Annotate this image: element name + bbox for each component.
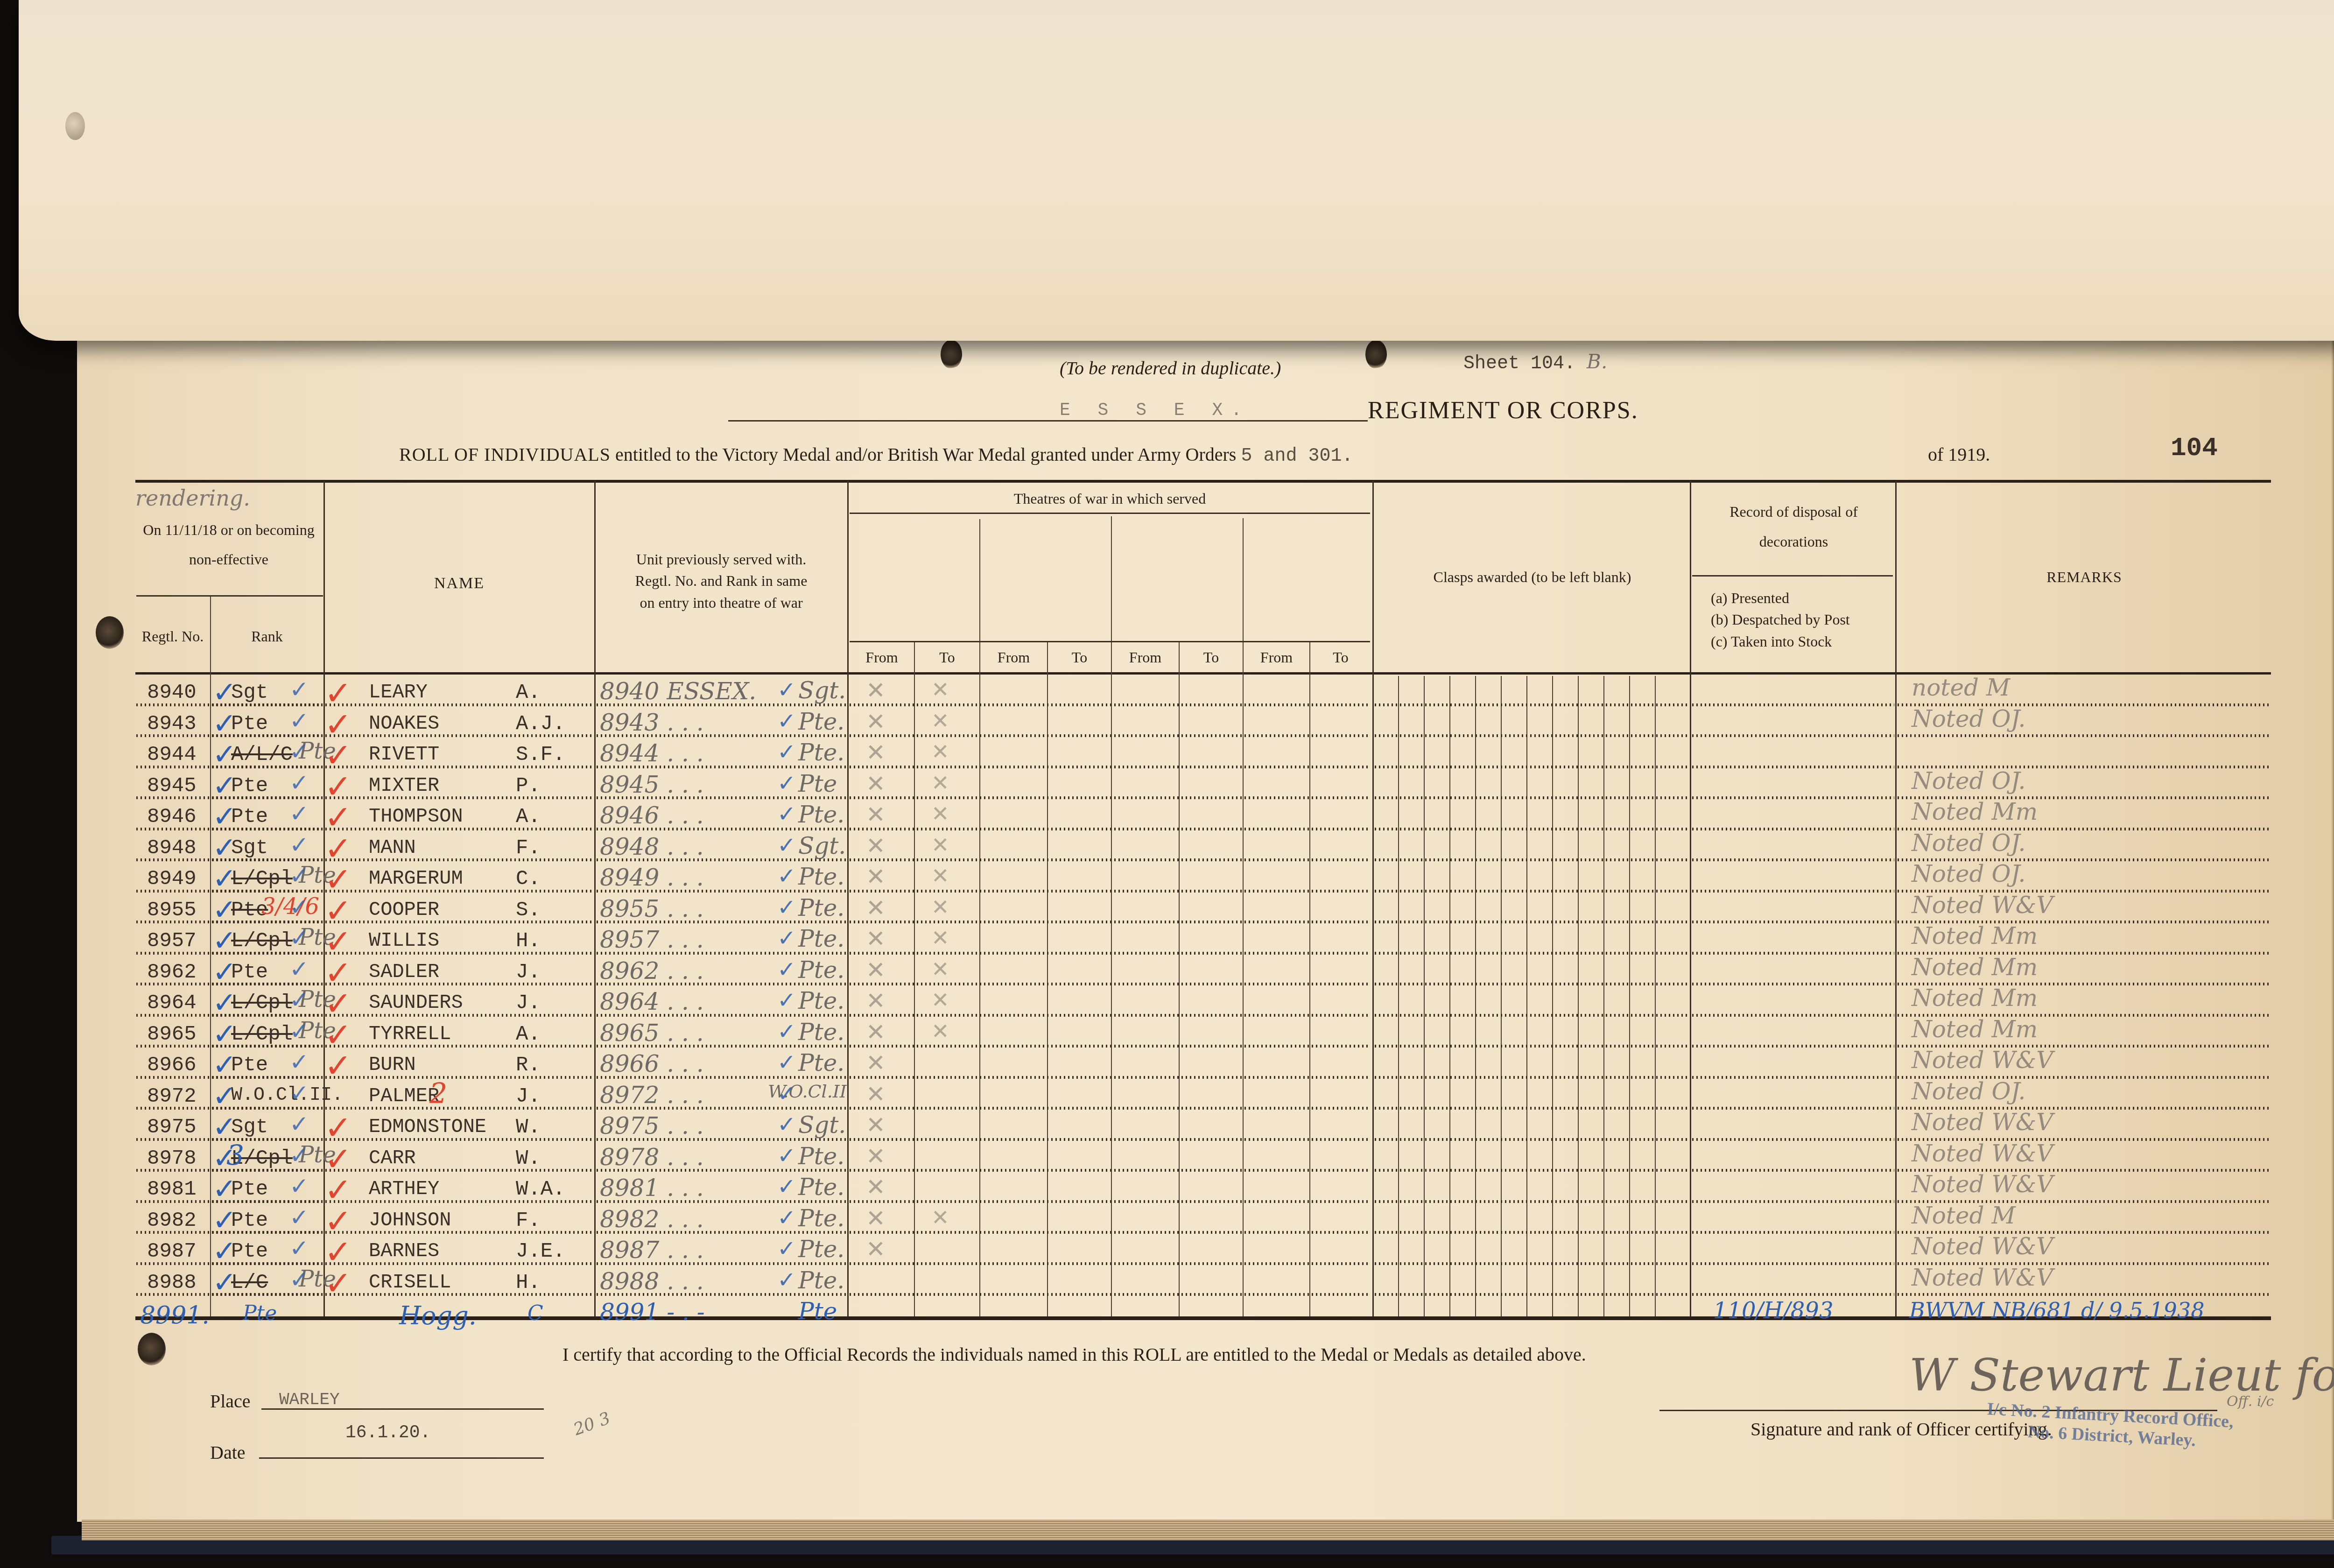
unit-entry: 8957 . . . [600, 928, 704, 951]
red-check-icon: ✓ [324, 1143, 352, 1175]
blue-check-icon: ✓ [212, 833, 237, 862]
initials: A.J. [516, 714, 565, 734]
red-check-icon: ✓ [324, 863, 352, 896]
remarks-entry: Noted W&V [1912, 1173, 2053, 1196]
header-to-4: To [1310, 647, 1371, 668]
header-from-3: From [1112, 647, 1179, 668]
unit-entry: 8946 . . . [600, 804, 704, 827]
blue-check-icon: ✓ [212, 1268, 237, 1297]
surname: BURN [369, 1055, 416, 1075]
header-from-2: From [980, 647, 1047, 668]
initials: A. [516, 807, 541, 827]
header-rank: Rank [211, 626, 323, 647]
sheet-number: Sheet 104. B. [1463, 350, 1607, 374]
regtl-no: 8978 [147, 1148, 197, 1169]
initials: S.F. [516, 745, 565, 765]
pencil-cross-icon: ✕ [866, 803, 886, 826]
blue-check-icon: ✓ [777, 1207, 796, 1229]
header-unit-line2: Regtl. No. and Rank in same [595, 570, 847, 591]
blue-check-icon: ✓ [289, 1112, 309, 1136]
header-from-4: From [1244, 647, 1309, 668]
blue-check-icon: ✓ [777, 1145, 796, 1167]
red-check-icon: ✓ [324, 1267, 352, 1300]
regtl-no: 8943 [147, 714, 197, 734]
remarks-entry: Noted Mm [1912, 1018, 2038, 1041]
regtl-no: 8982 [147, 1210, 197, 1231]
surname: BARNES [369, 1241, 439, 1261]
regtl-no: 8955 [147, 900, 197, 921]
regtl-no: 8981 [147, 1179, 197, 1200]
header-record-line1: Record of disposal of [1692, 501, 1895, 522]
blue-check-icon: ✓ [289, 957, 309, 981]
regtl-no: 8962 [147, 962, 197, 983]
blue-check-icon: ✓ [777, 1113, 796, 1136]
signature-subscript: Off. i/c [2227, 1393, 2274, 1410]
unit-entry: 8965 . . . [600, 1021, 704, 1045]
remarks-entry: Noted W&V [1912, 893, 2053, 917]
surname: SADLER [369, 962, 439, 982]
pencil-cross-icon: ✕ [931, 710, 949, 731]
header-unit-line3: on entry into theatre of war [595, 592, 847, 613]
initials: A. [516, 682, 541, 703]
regtl-no: 8940 [147, 682, 197, 703]
red-check-icon: ✓ [324, 770, 352, 803]
pencil-cross-icon: ✕ [866, 1145, 886, 1168]
blue-check-icon: ✓ [289, 678, 309, 701]
blue-check-icon: ✓ [212, 1144, 237, 1173]
initials: J. [516, 1086, 541, 1107]
unit-rank: Pte. [798, 741, 844, 764]
blue-check-icon: ✓ [289, 1237, 309, 1260]
blue-check-icon: ✓ [212, 771, 237, 800]
unit-rank: Pte. [798, 989, 844, 1013]
page-number: 104 [2171, 433, 2218, 463]
blue-check-icon: ✓ [777, 958, 796, 981]
initials: C [527, 1303, 543, 1324]
header-record: Record of disposal of decorations [1692, 501, 1895, 553]
pencil-cross-icon: ✕ [866, 958, 886, 982]
blue-check-icon: ✓ [289, 1174, 309, 1198]
surname: LEARY [369, 682, 428, 702]
punch-hole-icon [138, 1333, 166, 1365]
header-to-1: To [915, 647, 979, 668]
initials: A. [516, 1024, 541, 1045]
blue-check-icon: ✓ [289, 1020, 309, 1043]
unit-entry: 8955 . . . [600, 897, 704, 921]
blue-check-icon: ✓ [212, 1082, 237, 1111]
unit-entry: 8948 . . . [600, 835, 704, 858]
red-check-icon: ✓ [324, 1236, 352, 1268]
unit-rank: Pte. [798, 865, 844, 888]
unit-entry: 8972 . . . [600, 1083, 704, 1107]
certification-text: I certify that according to the Official… [562, 1343, 1586, 1365]
remarks-entry: Noted OJ. [1912, 831, 2025, 855]
header-record-options: (a) Presented (b) Despatched by Post (c)… [1711, 587, 1850, 652]
pencil-cross-icon: ✕ [866, 741, 886, 764]
record-entry: 110/H/893 [1713, 1300, 1833, 1322]
surname: NOAKES [369, 714, 439, 733]
remarks-entry: BWVM NB/681 d/ 9.5.1938 [1909, 1300, 2204, 1321]
remarks-entry: Noted M [1912, 1204, 2016, 1227]
pencil-cross-icon: ✕ [866, 1207, 886, 1230]
blue-check-icon: ✓ [212, 740, 237, 769]
regtl-no: 8945 [147, 776, 197, 796]
blue-check-icon: ✓ [212, 1020, 237, 1048]
blue-check-icon: ✓ [289, 1050, 309, 1074]
pencil-cross-icon: ✕ [931, 958, 949, 980]
blue-check-icon: ✓ [777, 865, 796, 887]
blue-check-icon: ✓ [777, 772, 796, 795]
blue-check-icon: ✓ [289, 802, 309, 825]
roll-title-rest: entitled to the Victory Medal and/or Bri… [615, 444, 1236, 465]
date-label: Date [210, 1441, 246, 1463]
red-check-icon: ✓ [324, 956, 352, 989]
header-theatres: Theatres of war in which served [850, 488, 1370, 509]
regtl-no: 8972 [147, 1086, 197, 1107]
unit-rank: Sgt. [798, 834, 846, 858]
pencil-cross-icon: ✕ [866, 865, 886, 888]
red-check-icon: ✓ [324, 894, 352, 927]
roll-title: ROLL OF INDIVIDUALS entitled to the Vict… [399, 443, 1353, 467]
unit-rank: Sgt. [798, 1113, 846, 1137]
unit-entry: 8991 - . - [600, 1301, 705, 1324]
surname: MIXTER [369, 776, 439, 795]
pencil-cross-icon: ✕ [931, 834, 949, 856]
pencil-cross-icon: ✕ [866, 710, 886, 733]
initials: H. [516, 1273, 541, 1293]
sheet-suffix: B. [1587, 350, 1607, 373]
blue-check-icon: ✓ [289, 1206, 309, 1229]
remarks-entry: Noted OJ. [1912, 707, 2025, 731]
pencil-cross-icon: ✕ [866, 1175, 886, 1199]
blue-check-icon: ✓ [289, 864, 309, 887]
unit-entry: 8945 . . . [600, 773, 704, 796]
unit-rank: Pte. [798, 1051, 844, 1075]
blue-check-icon: ✓ [212, 802, 237, 831]
surname: ARTHEY [369, 1179, 439, 1199]
initials: C. [516, 869, 541, 889]
regtl-no: 8991. [140, 1303, 210, 1328]
regtl-no: 8966 [147, 1055, 197, 1076]
header-name: NAME [324, 572, 594, 595]
blue-check-icon: ✓ [289, 926, 309, 949]
regtl-no: 8988 [147, 1273, 197, 1293]
pencil-cross-icon: ✕ [866, 989, 886, 1013]
record-option-b: (b) Despatched by Post [1711, 609, 1850, 630]
surname: MANN [369, 838, 416, 858]
blue-check-icon: ✓ [777, 1083, 796, 1105]
blue-check-icon: ✓ [289, 1268, 309, 1291]
red-check-icon: ✓ [324, 987, 352, 1020]
army-orders: 5 and 301. [1241, 446, 1353, 467]
blue-check-icon: ✓ [212, 1237, 237, 1266]
remarks-entry: Noted Mm [1912, 956, 2038, 979]
red-check-icon: ✓ [324, 1205, 352, 1238]
blue-check-icon: ✓ [212, 1112, 237, 1141]
blue-check-icon: ✓ [212, 1050, 237, 1079]
red-check-icon: ✓ [324, 677, 352, 710]
red-check-icon: ✓ [324, 1111, 352, 1144]
pencil-cross-icon: ✕ [931, 1020, 949, 1042]
remarks-entry: Noted Mm [1912, 986, 2038, 1010]
blue-check-icon: ✓ [777, 710, 796, 732]
remarks-entry: noted M [1912, 676, 2010, 699]
blue-check-icon: ✓ [777, 896, 796, 919]
surname: WILLIS [369, 931, 439, 950]
initials: R. [516, 1055, 541, 1076]
surname: CRISELL [369, 1273, 451, 1292]
punch-hole-icon [941, 340, 962, 369]
regtl-no: 8987 [147, 1241, 197, 1262]
unit-entry: 8975 . . . [600, 1114, 704, 1138]
header-on-date: On 11/11/18 or on becoming [135, 519, 322, 541]
surname: THOMPSON [369, 807, 463, 826]
header-remarks: REMARKS [1898, 566, 2271, 588]
red-check-icon: ✓ [324, 1174, 352, 1206]
unit-rank: Pte. [798, 1175, 844, 1199]
blue-check-icon: ✓ [777, 679, 796, 701]
unit-entry: 8987 . . . [600, 1238, 704, 1262]
unit-entry: 8978 . . . [600, 1146, 704, 1169]
surname: TYRRELL [369, 1024, 451, 1044]
pencil-cross-icon: ✕ [931, 772, 949, 794]
regtl-no: 8946 [147, 807, 197, 827]
surname: COOPER [369, 900, 439, 920]
blue-check-icon: ✓ [212, 1174, 237, 1203]
remarks-entry: Noted W&V [1912, 1048, 2053, 1072]
unit-entry: 8949 . . . [600, 866, 704, 889]
pencil-cross-icon: ✕ [931, 927, 949, 949]
blue-check-icon: ✓ [777, 1175, 796, 1198]
blue-check-icon: ✓ [777, 803, 796, 825]
pencil-cross-icon: ✕ [931, 989, 949, 1011]
initials: F. [516, 838, 541, 858]
remarks-entry: Noted OJ. [1912, 1080, 2025, 1103]
punch-hole-icon [1365, 340, 1387, 369]
roll-title-bold: ROLL OF INDIVIDUALS [399, 444, 611, 465]
blue-check-icon: ✓ [777, 834, 796, 857]
initials: S. [516, 900, 541, 921]
pencil-cross-icon: ✕ [931, 803, 949, 824]
surname: CARR [369, 1148, 416, 1168]
unit-rank: Pte [798, 1300, 837, 1323]
unit-entry: 8964 . . . [600, 990, 704, 1013]
pencil-cross-icon: ✕ [931, 1207, 949, 1228]
place-value: WARLEY [279, 1390, 340, 1409]
blue-check-icon: ✓ [212, 864, 237, 893]
red-check-icon: ✓ [324, 832, 352, 865]
header-unit: Unit previously served with. Regtl. No. … [595, 548, 847, 613]
initials: P. [516, 776, 541, 796]
blue-check-icon: ✓ [212, 1206, 237, 1235]
previous-page [19, 0, 2334, 341]
unit-entry: 8966 . . . [600, 1052, 704, 1076]
pencil-cross-icon: ✕ [866, 1083, 886, 1106]
unit-rank: Pte. [798, 1020, 844, 1044]
rank: L/Cpl [231, 993, 293, 1013]
unit-entry: 8962 . . . [600, 959, 704, 983]
rank: W.O.Cl.II. [231, 1086, 343, 1105]
blue-check-icon: ✓ [777, 1020, 796, 1043]
surname: SAUNDERS [369, 993, 463, 1013]
pencil-cross-icon: ✕ [866, 772, 886, 795]
red-check-icon: ✓ [324, 739, 352, 772]
blue-check-icon: ✓ [212, 988, 237, 1017]
blue-check-icon: ✓ [777, 1238, 796, 1260]
regtl-no: 8957 [147, 931, 197, 951]
red-check-icon: ✓ [324, 1019, 352, 1051]
unit-rank: Pte. [798, 958, 844, 982]
unit-rank: Pte [798, 772, 837, 795]
unit-entry: 8981 . . . [600, 1176, 704, 1200]
red-check-icon: ✓ [324, 925, 352, 958]
pencil-cross-icon: ✕ [931, 896, 949, 918]
row-annotation: 2 [429, 1080, 447, 1108]
red-check-icon: ✓ [324, 1049, 352, 1082]
pencil-cross-icon: ✕ [866, 834, 886, 858]
unit-rank: Pte. [798, 1145, 844, 1168]
blue-check-icon: ✓ [289, 771, 309, 795]
red-check-icon: ✓ [324, 708, 352, 741]
blue-check-icon: ✓ [289, 740, 309, 763]
blue-check-icon: ✓ [212, 678, 237, 707]
blue-check-icon: ✓ [777, 927, 796, 949]
blue-check-icon: ✓ [777, 741, 796, 763]
rank: L/Cpl [231, 869, 293, 889]
initials: J.E. [516, 1241, 565, 1262]
binding-hole-icon [65, 112, 85, 140]
header-to-3: To [1180, 647, 1243, 668]
header-regtl-no: Regtl. No. [135, 626, 210, 647]
remarks-entry: Noted W&V [1912, 1142, 2053, 1165]
pencil-cross-icon: ✕ [866, 1020, 886, 1044]
punch-hole-icon [96, 616, 124, 649]
pencil-cross-icon: ✕ [866, 1051, 886, 1075]
date-value: 16.1.20. [345, 1423, 430, 1443]
unit-rank: Pte. [798, 927, 844, 950]
blue-check-icon: ✓ [289, 895, 309, 919]
pencil-cross-icon: ✕ [931, 741, 949, 762]
unit-rank: Pte. [798, 896, 844, 920]
regiment-name: E S S E X. [1060, 401, 1250, 421]
rank: L/Cpl [231, 931, 293, 951]
pencil-cross-icon: ✕ [866, 1113, 886, 1137]
record-option-c: (c) Taken into Stock [1711, 631, 1850, 652]
initials: W.A. [516, 1179, 565, 1200]
rank: A/L/C [231, 745, 293, 765]
rank: Pte [243, 1303, 277, 1324]
record-option-a: (a) Presented [1711, 587, 1850, 609]
unit-rank: Pte. [798, 1269, 844, 1292]
rank: L/Cpl [231, 1024, 293, 1045]
header-non-effective: non-effective [135, 548, 322, 570]
blue-check-icon: ✓ [212, 709, 237, 738]
regtl-no: 8975 [147, 1117, 197, 1138]
pencil-cross-icon: ✕ [931, 679, 949, 700]
initials: J. [516, 993, 541, 1013]
header-clasps: Clasps awarded (to be left blank) [1375, 566, 1690, 588]
regtl-no: 8964 [147, 993, 197, 1013]
regtl-no: 8944 [147, 745, 197, 765]
pencil-cross-icon: ✕ [866, 927, 886, 950]
unit-entry: 8988 . . . [600, 1270, 704, 1293]
blue-check-icon: ✓ [212, 957, 237, 986]
unit-rank: Pte. [798, 1238, 844, 1261]
unit-rank: Pte. [798, 803, 844, 826]
blue-check-icon: ✓ [289, 988, 309, 1012]
header-unit-line1: Unit previously served with. [595, 548, 847, 570]
remarks-entry: Noted Mm [1912, 924, 2038, 948]
rendering-annotation: rendering. [135, 485, 250, 511]
sheet-label: Sheet 104. [1463, 353, 1575, 374]
pencil-cross-icon: ✕ [866, 896, 886, 920]
header-to-2: To [1048, 647, 1111, 668]
blue-check-icon: ✓ [777, 1051, 796, 1074]
header-record-line2: decorations [1692, 531, 1895, 552]
surname: JOHNSON [369, 1210, 451, 1230]
red-check-icon: ✓ [324, 801, 352, 834]
regtl-no: 8949 [147, 869, 197, 889]
unit-entry: 8940 ESSEX. [600, 680, 756, 703]
blue-check-icon: ✓ [777, 989, 796, 1012]
surname: MARGERUM [369, 869, 463, 888]
blue-check-icon: ✓ [777, 1269, 796, 1291]
surname: EDMONSTONE [369, 1117, 486, 1137]
page-stack-bottom [82, 1519, 2334, 1540]
surname: Hogg. [399, 1303, 477, 1329]
pencil-cross-icon: ✕ [866, 679, 886, 702]
blue-check-icon: ✓ [289, 1082, 309, 1105]
regtl-no: 8948 [147, 838, 197, 858]
initials: W. [516, 1117, 541, 1138]
remarks-entry: Noted Mm [1912, 800, 2038, 823]
initials: W. [516, 1148, 541, 1169]
blue-check-icon: ✓ [289, 709, 309, 732]
remarks-entry: Noted W&V [1912, 1266, 2053, 1289]
initials: J. [516, 962, 541, 983]
remarks-entry: Noted OJ. [1912, 769, 2025, 793]
blue-check-icon: ✓ [212, 926, 237, 955]
unit-rank: Pte. [798, 1207, 844, 1230]
pencil-cross-icon: ✕ [866, 1238, 886, 1261]
render-instruction: (To be rendered in duplicate.) [1060, 357, 1281, 379]
blue-check-icon: ✓ [289, 833, 309, 857]
remarks-entry: Noted W&V [1912, 1235, 2053, 1258]
blue-check-icon: ✓ [289, 1144, 309, 1167]
unit-entry: 8982 . . . [600, 1208, 704, 1231]
unit-rank: Pte. [798, 710, 844, 733]
unit-entry: 8943 . . . [600, 711, 704, 734]
unit-entry: 8944 . . . [600, 742, 704, 765]
regtl-no: 8965 [147, 1024, 197, 1045]
initials: H. [516, 931, 541, 951]
pencil-cross-icon: ✕ [931, 865, 949, 886]
remarks-entry: Noted W&V [1912, 1111, 2053, 1134]
place-label: Place [210, 1390, 251, 1412]
initials: F. [516, 1210, 541, 1231]
surname: PALMER [369, 1086, 439, 1106]
blue-check-icon: ✓ [212, 895, 237, 924]
regiment-label: REGIMENT OR CORPS. [1368, 397, 1638, 424]
header-from-1: From [850, 647, 914, 668]
remarks-entry: Noted OJ. [1912, 862, 2025, 886]
unit-rank: Sgt. [798, 679, 846, 702]
surname: RIVETT [369, 745, 439, 764]
order-year: of 1919. [1928, 443, 1990, 465]
